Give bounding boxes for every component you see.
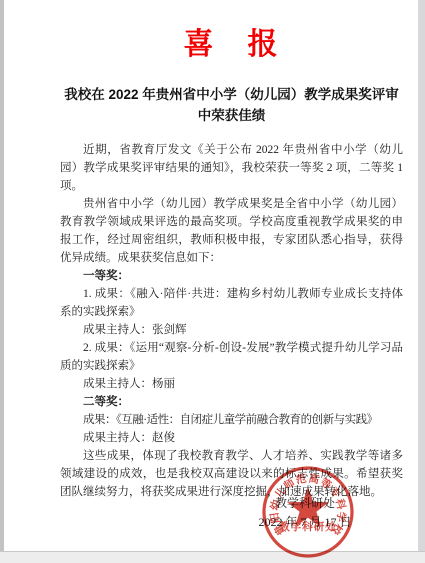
document-body: 喜 报 我校在 2022 年贵州省中小学（幼儿园）教学成果奖评审中荣获佳绩 近期… (60, 24, 403, 501)
first-prize-entry-1-title: 1. 成果：《融入·陪伴·共进：建构乡村幼儿教师专业成长支持体系的实践探索》 (60, 285, 403, 321)
seal-star-icon (287, 487, 329, 527)
intro-paragraph-2: 贵州省中小学（幼儿园）教学成果奖是全省中小学（幼儿园）教育教学领域成果评选的最高… (60, 195, 403, 267)
second-prize-entry-1-leader: 成果主持人：赵俊 (60, 429, 403, 447)
page-edge-left (0, 0, 4, 563)
page-edge-right (418, 0, 425, 563)
document-heading: 我校在 2022 年贵州省中小学（幼儿园）教学成果奖评审中荣获佳绩 (63, 84, 401, 126)
second-prize-entry-1-title: 成果：《互融·适性：自闭症儿童学前融合教育的创新与实践》 (60, 411, 403, 429)
announcement-page: 喜 报 我校在 2022 年贵州省中小学（幼儿园）教学成果奖评审中荣获佳绩 近期… (0, 0, 425, 563)
first-prize-entry-1-leader: 成果主持人：张剑辉 (60, 321, 403, 339)
second-prize-heading: 二等奖： (60, 393, 403, 411)
first-prize-entry-2-title: 2. 成果：《运用“观察-分析-创设-发展”教学模式提升幼儿学习品质的实践探索》 (60, 339, 403, 375)
official-seal: 贵阳幼儿师范高等专科学校 教学科研处 (260, 464, 356, 560)
intro-paragraph-1: 近期，省教育厅发文《关于公布 2022 年贵州省中小学（幼儿园）教学成果奖评审结… (60, 141, 403, 195)
first-prize-entry-2-leader: 成果主持人：杨丽 (60, 375, 403, 393)
page-edge-bottom (0, 551, 425, 563)
first-prize-heading: 一等奖： (60, 267, 403, 285)
seal-label: 教学科研处 (278, 520, 337, 533)
banner-title: 喜 报 (60, 24, 403, 66)
